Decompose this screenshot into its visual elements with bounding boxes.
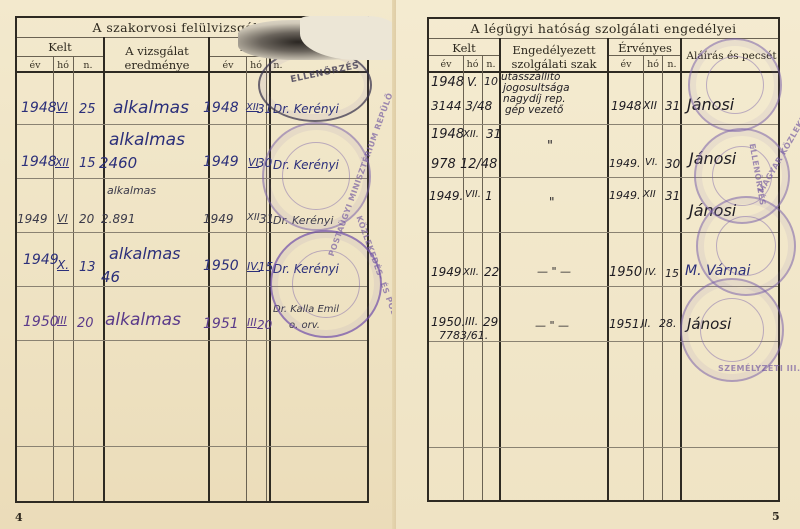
r4-valid-day: 15	[665, 267, 679, 280]
r1-month: V.	[467, 75, 478, 89]
row3-result-number: 2.891	[101, 212, 135, 226]
kelt-header: Kelt	[17, 40, 103, 54]
col-divider	[246, 56, 247, 501]
r3-valid-day: 31	[665, 189, 680, 203]
valid-sub-divider	[609, 55, 681, 56]
row-divider	[17, 340, 367, 341]
col-divider	[643, 55, 644, 500]
row4-year: 1949	[23, 252, 59, 268]
r1-valid-month: XII	[643, 99, 657, 112]
row3-valid-month: XII	[247, 212, 260, 223]
col-divider	[266, 56, 267, 501]
r5-valid-year: 1951.	[609, 317, 643, 331]
left-page: A szakorvosi felülvizsgálat be Kelt év h…	[0, 0, 396, 529]
col-divider	[53, 56, 54, 501]
r3-valid-year: 1949.	[609, 189, 641, 202]
row4-valid-year: 1950	[203, 258, 239, 274]
valid-year-header: év	[609, 59, 643, 70]
r4-scope: — " —	[537, 265, 571, 278]
transport-postal-stamp: KÖZLEKEDÉS- ÉS POSTAÜGYI	[270, 230, 382, 338]
r1-scope-4: gép vezető	[505, 105, 563, 116]
row3-year: 1949	[17, 212, 48, 226]
row1-day: 25	[79, 102, 96, 117]
row1-month: VI	[56, 100, 68, 114]
r1-ref: 3144 3/48	[431, 99, 492, 113]
row3-day: 20	[79, 212, 94, 226]
row3-month: VI	[57, 212, 68, 225]
row5-result: alkalmas	[105, 310, 181, 330]
stamp-inner-ring	[292, 250, 360, 318]
row4-result: alkalmas	[109, 244, 181, 263]
row3-result: alkalmas	[107, 184, 156, 197]
row3-valid-day: 31	[259, 212, 274, 226]
row5-day: 20	[77, 316, 94, 331]
kelt-day-header: n.	[482, 59, 500, 70]
r1-day: 10	[484, 75, 498, 88]
r3-year: 1949.	[429, 189, 463, 203]
valid-day-header: n.	[663, 59, 681, 70]
postal-ministry-stamp: POSTAÜGYI MINISZTÉRIUM REPÜLŐ	[262, 122, 371, 231]
kelt-header: Kelt	[429, 41, 499, 55]
r5-ref: 7783/61.	[439, 329, 488, 342]
page-number-right: 5	[772, 510, 780, 523]
r4-month: XII.	[463, 267, 479, 278]
kelt-day-header: n.	[73, 60, 103, 71]
valid-year-header: év	[210, 60, 246, 71]
result-header: A vizsgálat eredménye	[105, 44, 209, 72]
valid-header: Érvényes	[609, 41, 681, 55]
r1-valid-day: 31	[665, 99, 680, 113]
r3-month: VII.	[465, 189, 481, 200]
r5-year: 1950.	[431, 315, 465, 329]
stamp-text: SZEMÉLYZETI III.	[718, 364, 800, 373]
row2-day: 15	[79, 156, 96, 171]
row2-year: 1948	[21, 154, 57, 170]
row5-valid-year: 1951	[203, 316, 239, 332]
r2-valid-day: 30	[665, 157, 680, 171]
row4-month: X.	[57, 258, 69, 272]
r4-valid-year: 1950	[609, 265, 642, 280]
row5-month: III	[57, 314, 67, 327]
ministry-stamp-1: MAGYAR KÖZLEKEDÉSÜGYI MINISZTÉRIUM REPÜL…	[688, 38, 782, 132]
scope-header: Engedélyezett szolgálati szak	[501, 43, 607, 71]
kelt-year-header: év	[429, 59, 463, 70]
col-divider	[662, 55, 663, 500]
r2-scope: "	[547, 139, 553, 154]
ministry-stamp-4: SZEMÉLYZETI III.	[680, 278, 784, 382]
valid-month-header: hó	[643, 59, 663, 70]
row2-valid-year: 1949	[203, 154, 239, 170]
row1-result: alkalmas	[113, 98, 189, 118]
r5-scope: — " —	[535, 319, 569, 332]
r5-month: III.	[465, 315, 478, 328]
r4-day: 22	[484, 265, 499, 279]
row2-result: alkalmas	[109, 130, 185, 150]
row5-valid-month: III	[247, 316, 257, 329]
col-divider	[680, 38, 682, 500]
right-table-title: A légügyi hatóság szolgálati engedélyei	[429, 21, 778, 36]
row1-valid-year: 1948	[203, 100, 239, 116]
r4-year: 1949	[431, 265, 462, 279]
kelt-sub-divider	[429, 55, 499, 56]
r2-ref: 978 12/48	[431, 157, 497, 172]
row5-year: 1950	[23, 314, 59, 330]
kelt-month-header: hó	[463, 59, 482, 70]
row2-result-number: 2460	[99, 154, 137, 172]
stamp-inner-ring	[716, 216, 776, 276]
kelt-year-header: év	[17, 60, 53, 71]
r3-day: 1	[485, 189, 493, 203]
col-divider	[499, 38, 501, 500]
stamp-text: ELLENŐRZÉS	[290, 61, 361, 85]
r3-scope: "	[549, 195, 555, 209]
right-page: A légügyi hatóság szolgálati engedélyei …	[396, 0, 800, 529]
r5-day: 29	[483, 315, 498, 329]
page-number-left: 4	[15, 511, 23, 524]
r5-valid-month: II.	[641, 317, 651, 330]
r1-year: 1948	[431, 75, 464, 90]
row4-day: 13	[79, 260, 96, 275]
row-divider	[17, 446, 367, 447]
r3-valid-month: XII	[643, 189, 656, 200]
row2-month: XII	[55, 156, 69, 169]
r2-valid-year: 1949.	[609, 157, 641, 170]
row-divider	[429, 447, 778, 448]
r2-day: 31	[486, 127, 501, 141]
row1-year: 1948	[21, 100, 57, 116]
r5-valid-day: 28.	[659, 317, 677, 330]
col-divider	[73, 56, 74, 501]
row5-valid-day: 20	[257, 318, 272, 332]
kelt-sub-divider	[17, 56, 103, 57]
kelt-month-header: hó	[53, 60, 73, 71]
r1-valid-year: 1948	[611, 99, 642, 113]
row3-valid-year: 1949	[203, 212, 234, 226]
col-divider	[482, 55, 483, 500]
stamp-inner-ring	[282, 142, 350, 210]
r4-valid-month: IV.	[645, 267, 657, 278]
stamp-inner-ring	[706, 56, 764, 114]
r2-valid-month: VI.	[645, 157, 658, 168]
row4-result-number: 46	[101, 268, 120, 286]
stamp-inner-ring	[700, 298, 764, 362]
r2-month: XII.	[463, 129, 479, 140]
r2-year: 1948	[431, 127, 464, 142]
